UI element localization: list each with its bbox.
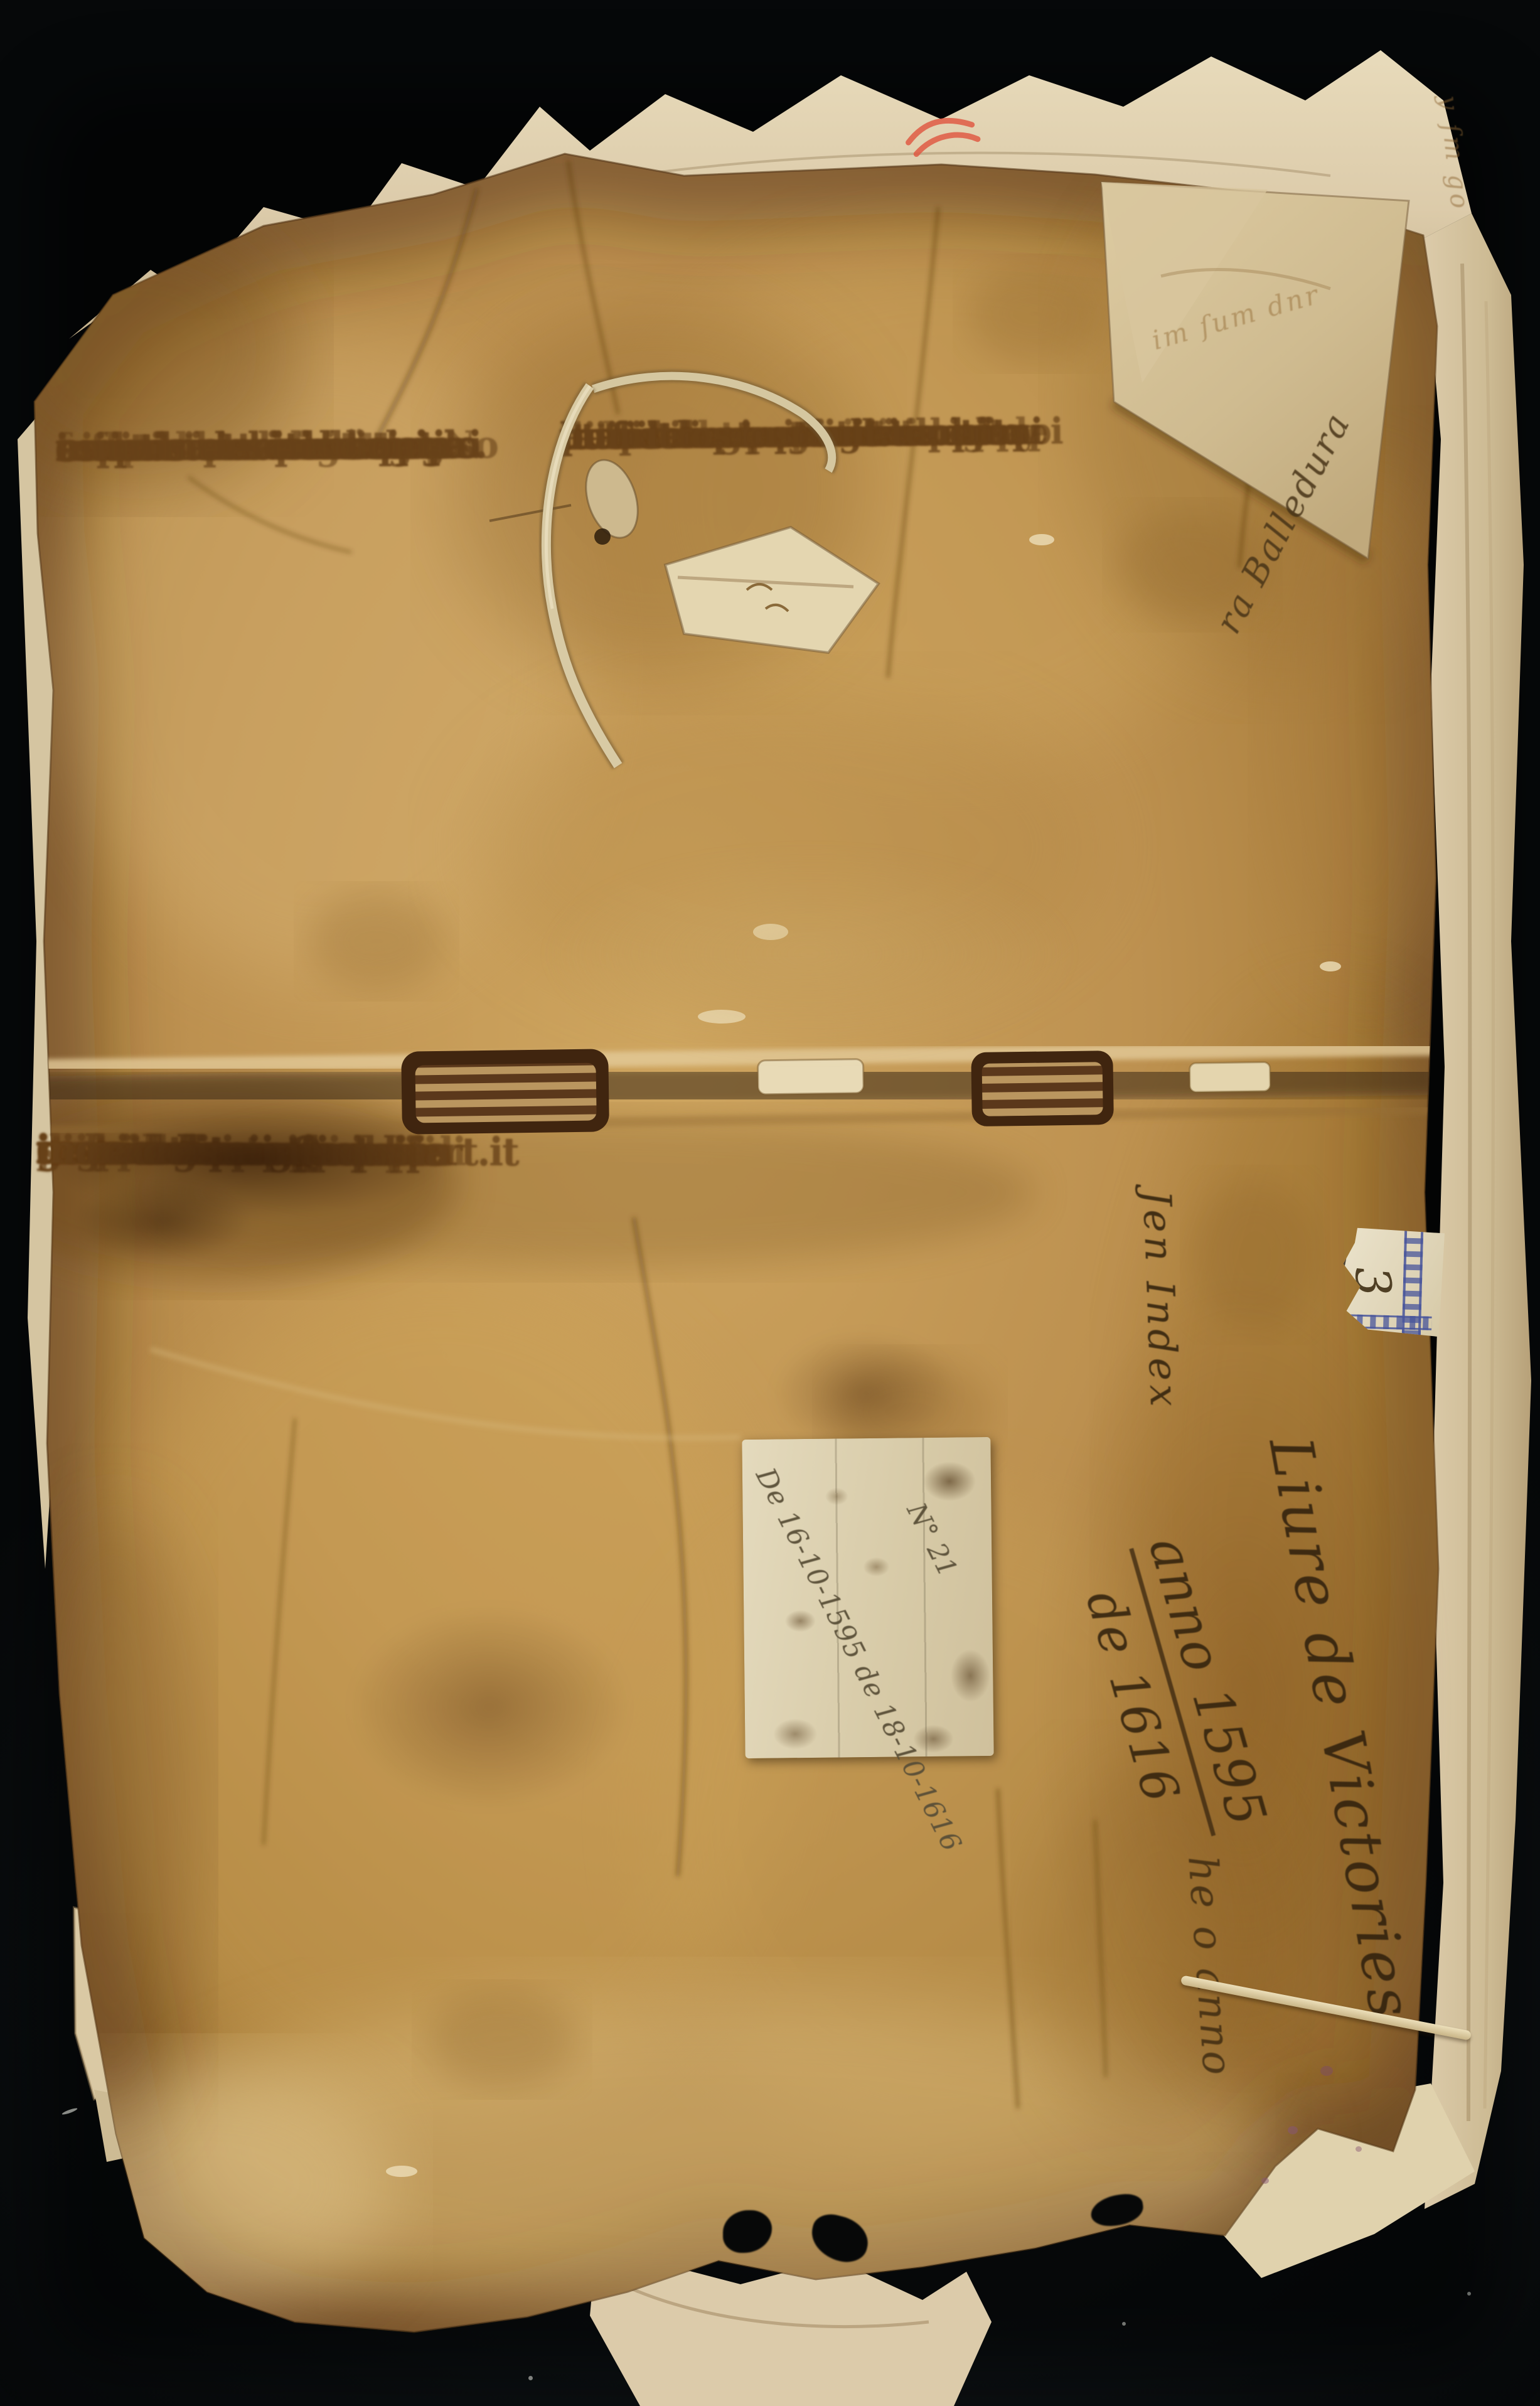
dust-fibre [1122, 2322, 1126, 2326]
sewing-slot [757, 1059, 864, 1094]
manuscript-text-line: s fut me. denotionis [55, 419, 446, 474]
mould-speck [1288, 2126, 1298, 2134]
sewing-slot [1190, 1062, 1271, 1092]
red-crayon-mark [904, 110, 1004, 173]
ink-dot [594, 528, 611, 545]
paper-label: N° 21 De 16-10-1595 de 18-10-1616 [742, 1437, 993, 1758]
tie-remnant [477, 339, 891, 791]
mould-speck [1261, 2178, 1269, 2184]
label-number-note: N° 21 [901, 1498, 964, 1581]
mould-speck [1320, 2066, 1333, 2076]
mould-speck [1356, 2146, 1362, 2152]
tie-nub [577, 453, 647, 544]
manuscript-photo: empus ons obsequiaes louris tenent. graa… [0, 0, 1540, 2406]
index-note: Jen Index [1134, 1189, 1187, 1411]
manuscript-text-line: ib ie dnimt ai [36, 1122, 314, 1179]
dust-fibre [1467, 2292, 1471, 2296]
dust-fibre [528, 2376, 533, 2380]
